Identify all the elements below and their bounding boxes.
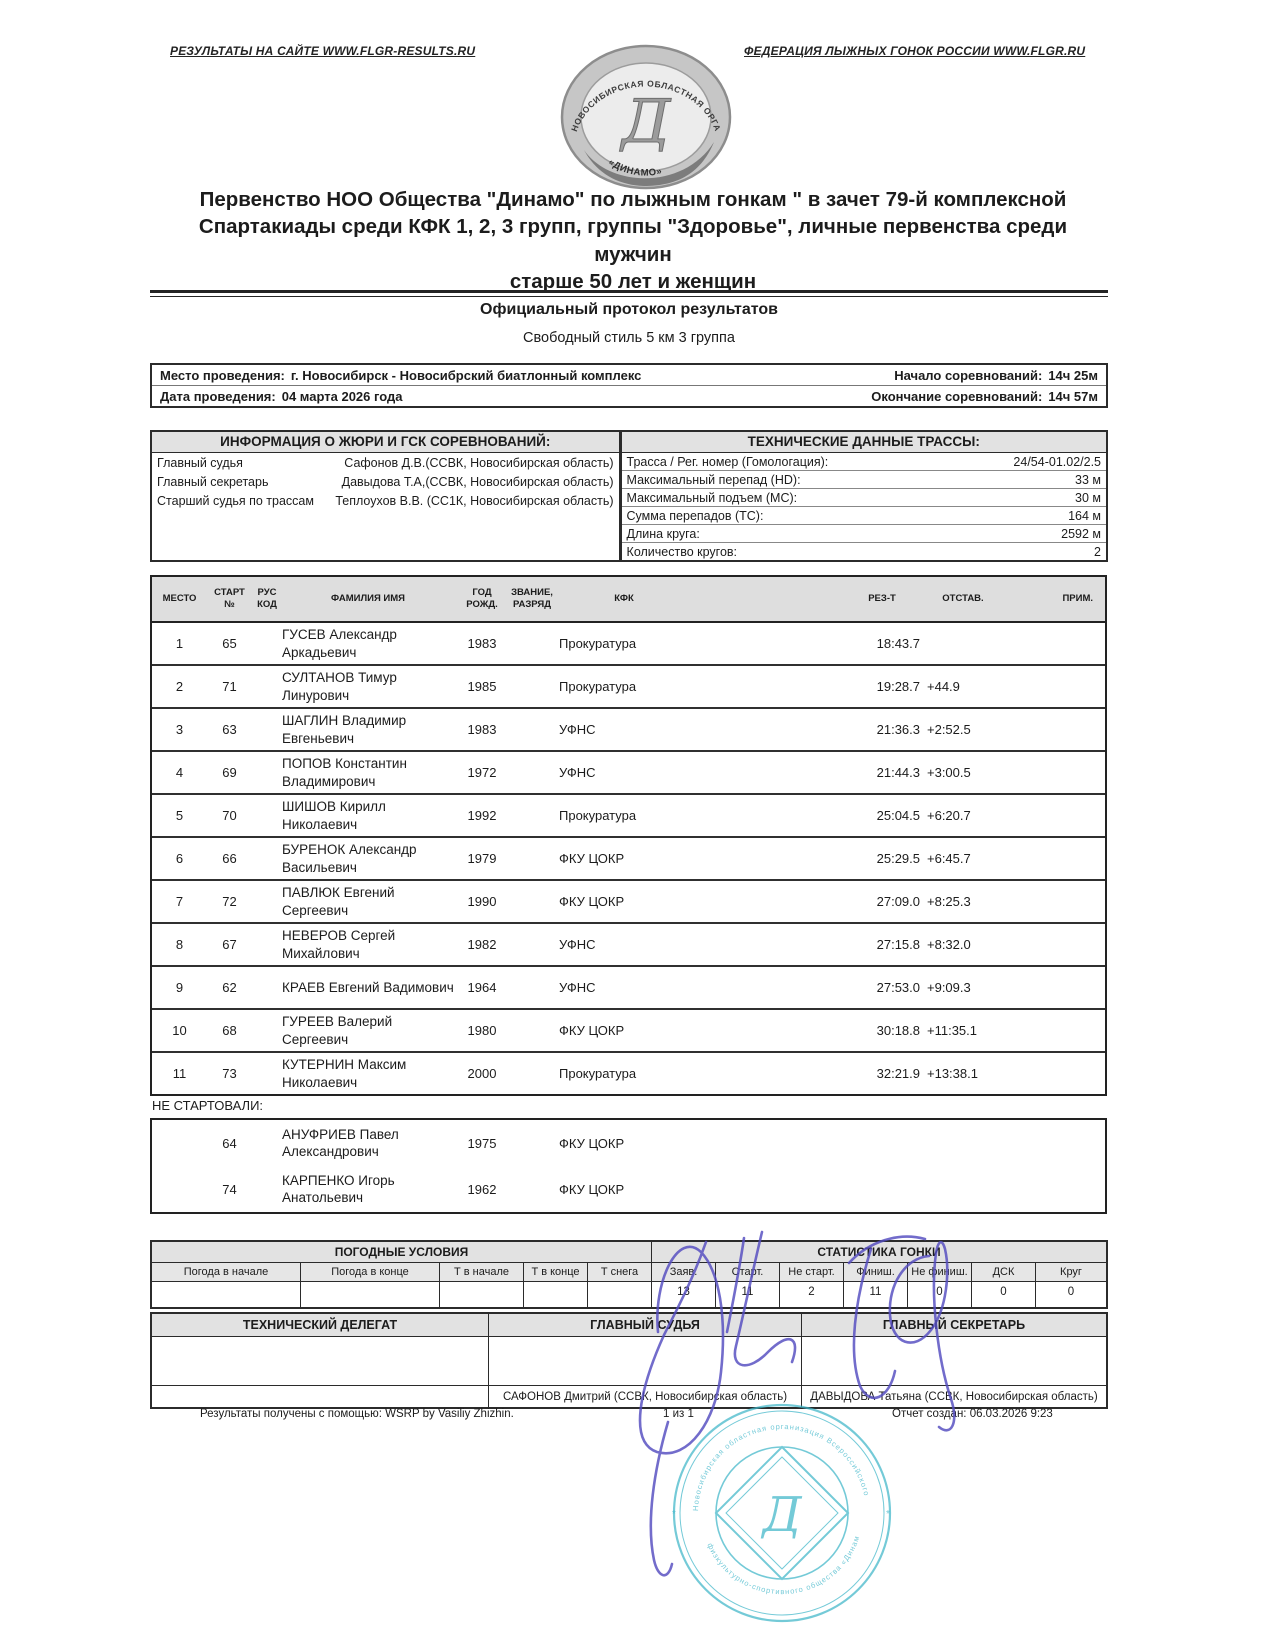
- jury-person: Теплоухов В.В. (СС1К, Новосибирская обла…: [335, 494, 613, 508]
- course-param: Длина круга:: [627, 527, 700, 541]
- gap: +3:00.5: [920, 765, 1006, 780]
- result-time: 21:44.3: [844, 765, 920, 780]
- chief-judge-name: САФОНОВ Дмитрий (ССВК, Новосибирская обл…: [489, 1385, 802, 1407]
- svg-text:*: *: [672, 1509, 676, 1520]
- signature-area: [152, 1337, 489, 1385]
- course-value: 2: [1094, 545, 1101, 559]
- stats-value: 11: [716, 1282, 780, 1307]
- result-time: 25:29.5: [844, 851, 920, 866]
- place: 8: [152, 937, 207, 952]
- result-time: 32:21.9: [844, 1066, 920, 1081]
- athlete-name: БУРЕНОК Александр Васильевич: [282, 839, 454, 878]
- bib: 62: [207, 980, 252, 995]
- venue-row: Место проведения:г. Новосибирск - Новоси…: [152, 365, 1106, 386]
- table-row: 8 67 НЕВЕРОВ Сергей Михайлович 1982 УФНС…: [152, 922, 1105, 965]
- race-subtitle: Свободный стиль 5 км 3 группа: [150, 330, 1108, 346]
- col-year: ГОД РОЖД.: [454, 587, 510, 612]
- stats-value: 11: [844, 1282, 908, 1307]
- course-param: Максимальный перепад (HD):: [627, 473, 801, 487]
- course-row: Сумма перепадов (ТС): 164 м: [622, 507, 1106, 525]
- chief-judge-header: ГЛАВНЫЙ СУДЬЯ: [489, 1314, 802, 1337]
- report-created: Отчет создан: 06.03.2026 9:23: [892, 1408, 1053, 1420]
- bib: 69: [207, 765, 252, 780]
- athlete-name: ПАВЛЮК Евгений Сергеевич: [282, 882, 454, 921]
- bib: 74: [207, 1182, 252, 1197]
- logo-letter: Д: [619, 87, 672, 157]
- bib: 63: [207, 722, 252, 737]
- birth-year: 1985: [454, 679, 510, 694]
- jury-person: Давыдова Т.А,(ССВК, Новосибирская област…: [342, 475, 614, 489]
- gap: +13:38.1: [920, 1066, 1006, 1081]
- col-bib: СТАРТ №: [207, 587, 252, 612]
- stats-value: 0: [908, 1282, 972, 1307]
- dns-section-title: НЕ СТАРТОВАЛИ:: [152, 1098, 263, 1113]
- weather-col: Т в начале: [440, 1263, 524, 1282]
- col-note: ПРИМ.: [1006, 593, 1105, 605]
- place: 9: [152, 980, 207, 995]
- course-value: 24/54-01.02/2.5: [1013, 455, 1101, 469]
- results-site-link[interactable]: РЕЗУЛЬТАТЫ НА САЙТЕ WWW.FLGR-RESULTS.RU: [170, 44, 475, 58]
- dynamo-logo: НОВОСИБИРСКАЯ ОБЛАСТНАЯ ОРГАНИЗАЦИЯ Д «Д…: [558, 42, 734, 192]
- signature-area: [802, 1337, 1106, 1385]
- table-row: 5 70 ШИШОВ Кирилл Николаевич 1992 Прокур…: [152, 793, 1105, 836]
- result-time: 27:09.0: [844, 894, 920, 909]
- course-param: Количество кругов:: [627, 545, 737, 559]
- gap: +11:35.1: [920, 1023, 1006, 1038]
- technical-delegate-header: ТЕХНИЧЕСКИЙ ДЕЛЕГАТ: [152, 1314, 489, 1337]
- club: Прокуратура: [554, 636, 844, 651]
- course-param: Максимальный подъем (МС):: [627, 491, 798, 505]
- course-row: Максимальный перепад (HD): 33 м: [622, 471, 1106, 489]
- chief-secretary-name: ДАВЫДОВА Татьяна (ССВК, Новосибирская об…: [802, 1385, 1106, 1407]
- gap: +2:52.5: [920, 722, 1006, 737]
- birth-year: 1983: [454, 722, 510, 737]
- generator-credit: Результаты получены с помощью: WSRP by V…: [200, 1408, 514, 1420]
- place: 1: [152, 636, 207, 651]
- weather-col: Т снега: [588, 1263, 652, 1282]
- weather-value: [152, 1282, 301, 1307]
- col-place: МЕСТО: [152, 593, 207, 605]
- club: ФКУ ЦОКР: [554, 1023, 844, 1038]
- weather-value: [588, 1282, 652, 1307]
- protocol-title: Официальный протокол результатов: [150, 301, 1108, 319]
- federation-site-link[interactable]: ФЕДЕРАЦИЯ ЛЫЖНЫХ ГОНОК РОССИИ WWW.FLGR.R…: [744, 44, 1085, 58]
- course-value: 33 м: [1075, 473, 1101, 487]
- bib: 68: [207, 1023, 252, 1038]
- course-value: 2592 м: [1061, 527, 1101, 541]
- weather-value: [440, 1282, 524, 1307]
- stats-col: Финиш.: [844, 1263, 908, 1282]
- weather-col: Т в конце: [524, 1263, 588, 1282]
- table-row: 10 68 ГУРЕЕВ Валерий Сергеевич 1980 ФКУ …: [152, 1008, 1105, 1051]
- weather-value: [524, 1282, 588, 1307]
- athlete-name: КАРПЕНКО Игорь Анатольевич: [282, 1170, 454, 1209]
- birth-year: 1979: [454, 851, 510, 866]
- bib: 72: [207, 894, 252, 909]
- club: УФНС: [554, 722, 844, 737]
- table-row: 4 69 ПОПОВ Константин Владимирович 1972 …: [152, 750, 1105, 793]
- jury-person: Сафонов Д.В.(ССВК, Новосибирская область…: [344, 456, 613, 470]
- stats-col: Не старт.: [780, 1263, 844, 1282]
- technical-delegate-name: [152, 1385, 489, 1407]
- place: 10: [152, 1023, 207, 1038]
- jury-role: Старший судья по трассам: [157, 494, 314, 508]
- table-row: 1 65 ГУСЕВ Александр Аркадьевич 1983 Про…: [152, 623, 1105, 664]
- gap: +8:32.0: [920, 937, 1006, 952]
- jury-row: Главный судья Сафонов Д.В.(ССВК, Новосиб…: [152, 453, 619, 472]
- birth-year: 1992: [454, 808, 510, 823]
- bib: 73: [207, 1066, 252, 1081]
- table-row: 64 АНУФРИЕВ Павел Александрович 1975 ФКУ…: [152, 1120, 1105, 1166]
- course-row: Длина круга: 2592 м: [622, 525, 1106, 543]
- place: 11: [152, 1066, 207, 1081]
- course-row: Количество кругов: 2: [622, 543, 1106, 560]
- stats-value: 13: [652, 1282, 716, 1307]
- athlete-name: ШИШОВ Кирилл Николаевич: [282, 796, 454, 835]
- date-value: 04 марта 2026 года: [282, 389, 403, 404]
- table-row: 3 63 ШАГЛИН Владимир Евгеньевич 1983 УФН…: [152, 707, 1105, 750]
- athlete-name: ПОПОВ Константин Владимирович: [282, 753, 454, 792]
- birth-year: 1975: [454, 1136, 510, 1151]
- course-box: ТЕХНИЧЕСКИЕ ДАННЫЕ ТРАССЫ: Трасса / Рег.…: [621, 430, 1108, 562]
- stats-col: Заяв.: [652, 1263, 716, 1282]
- signature-table: ТЕХНИЧЕСКИЙ ДЕЛЕГАТ ГЛАВНЫЙ СУДЬЯ ГЛАВНЫ…: [150, 1312, 1108, 1409]
- place: 3: [152, 722, 207, 737]
- stamp-ring-text-top: Новосибирская областная организация Всер…: [691, 1422, 871, 1511]
- club: ФКУ ЦОКР: [554, 851, 844, 866]
- weather-title: ПОГОДНЫЕ УСЛОВИЯ: [152, 1242, 652, 1263]
- separator-rule: [150, 290, 1108, 297]
- results-table: МЕСТО СТАРТ № РУС КОД ФАМИЛИЯ ИМЯ ГОД РО…: [150, 575, 1107, 1096]
- table-row: 9 62 КРАЕВ Евгений Вадимович 1964 УФНС 2…: [152, 965, 1105, 1008]
- bib: 64: [207, 1136, 252, 1151]
- place: 7: [152, 894, 207, 909]
- course-value: 164 м: [1068, 509, 1101, 523]
- stats-col: Круг: [1036, 1263, 1106, 1282]
- svg-text:Новосибирская областная органи: Новосибирская областная организация Всер…: [691, 1422, 871, 1511]
- club: Прокуратура: [554, 1066, 844, 1081]
- jury-row: Старший судья по трассам Теплоухов В.В. …: [152, 491, 619, 510]
- club: ФКУ ЦОКР: [554, 894, 844, 909]
- table-row: 11 73 КУТЕРНИН Максим Николаевич 2000 Пр…: [152, 1051, 1105, 1094]
- venue-label: Место проведения:: [160, 368, 285, 383]
- venue-box: Место проведения:г. Новосибирск - Новоси…: [150, 363, 1108, 408]
- course-value: 30 м: [1075, 491, 1101, 505]
- birth-year: 1982: [454, 937, 510, 952]
- svg-text:*: *: [886, 1509, 890, 1520]
- athlete-name: СУЛТАНОВ Тимур Линурович: [282, 667, 454, 706]
- club: ФКУ ЦОКР: [554, 1182, 844, 1197]
- stats-col: Старт.: [716, 1263, 780, 1282]
- venue-value: г. Новосибирск - Новосибрский биатлонный…: [291, 368, 642, 383]
- athlete-name: КРАЕВ Евгений Вадимович: [282, 977, 454, 998]
- col-club: КФК: [554, 593, 694, 605]
- result-time: 19:28.7: [844, 679, 920, 694]
- col-rank: ЗВАНИЕ, РАЗРЯД: [510, 587, 554, 612]
- club: Прокуратура: [554, 808, 844, 823]
- birth-year: 1990: [454, 894, 510, 909]
- place: 5: [152, 808, 207, 823]
- start-time-value: 14ч 25м: [1048, 368, 1098, 383]
- jury-row: Главный секретарь Давыдова Т.А,(ССВК, Но…: [152, 472, 619, 491]
- stats-value: 2: [780, 1282, 844, 1307]
- gap: +6:20.7: [920, 808, 1006, 823]
- stamp-letter: Д: [760, 1487, 802, 1543]
- bib: 71: [207, 679, 252, 694]
- birth-year: 1962: [454, 1182, 510, 1197]
- club: Прокуратура: [554, 679, 844, 694]
- birth-year: 1980: [454, 1023, 510, 1038]
- date-label: Дата проведения:: [160, 389, 276, 404]
- result-time: 30:18.8: [844, 1023, 920, 1038]
- club: УФНС: [554, 980, 844, 995]
- col-name: ФАМИЛИЯ ИМЯ: [282, 593, 454, 605]
- bib: 70: [207, 808, 252, 823]
- birth-year: 1964: [454, 980, 510, 995]
- place: 6: [152, 851, 207, 866]
- bib: 67: [207, 937, 252, 952]
- athlete-name: НЕВЕРОВ Сергей Михайлович: [282, 925, 454, 964]
- stats-col: ДСК: [972, 1263, 1036, 1282]
- jury-role: Главный секретарь: [157, 475, 268, 489]
- stats-col: Не финиш.: [908, 1263, 972, 1282]
- course-param: Трасса / Рег. номер (Гомологация):: [627, 455, 829, 469]
- jury-box: ИНФОРМАЦИЯ О ЖЮРИ И ГСК СОРЕВНОВАНИЙ: Гл…: [150, 430, 621, 562]
- protocol-page: РЕЗУЛЬТАТЫ НА САЙТЕ WWW.FLGR-RESULTS.RU …: [0, 0, 1275, 1650]
- table-row: 2 71 СУЛТАНОВ Тимур Линурович 1985 Проку…: [152, 664, 1105, 707]
- course-row: Трасса / Рег. номер (Гомологация): 24/54…: [622, 453, 1106, 471]
- stats-value: 0: [1036, 1282, 1106, 1307]
- table-row: 7 72 ПАВЛЮК Евгений Сергеевич 1990 ФКУ Ц…: [152, 879, 1105, 922]
- end-time-label: Окончание соревнований:: [871, 389, 1042, 404]
- result-time: 27:53.0: [844, 980, 920, 995]
- table-row: 74 КАРПЕНКО Игорь Анатольевич 1962 ФКУ Ц…: [152, 1166, 1105, 1212]
- bib: 65: [207, 636, 252, 651]
- result-time: 25:04.5: [844, 808, 920, 823]
- stats-value: 0: [972, 1282, 1036, 1307]
- signature-area: [489, 1337, 802, 1385]
- results-header-row: МЕСТО СТАРТ № РУС КОД ФАМИЛИЯ ИМЯ ГОД РО…: [152, 577, 1105, 623]
- club: УФНС: [554, 765, 844, 780]
- course-param: Сумма перепадов (ТС):: [627, 509, 764, 523]
- athlete-name: ГУСЕВ Александр Аркадьевич: [282, 624, 454, 663]
- result-time: 21:36.3: [844, 722, 920, 737]
- jury-role: Главный судья: [157, 456, 243, 470]
- stats-title: СТАТИСТИКА ГОНКИ: [652, 1242, 1106, 1263]
- page-indicator: 1 из 1: [663, 1408, 694, 1420]
- athlete-name: ШАГЛИН Владимир Евгеньевич: [282, 710, 454, 749]
- course-row: Максимальный подъем (МС): 30 м: [622, 489, 1106, 507]
- result-time: 27:15.8: [844, 937, 920, 952]
- weather-col: Погода в конце: [301, 1263, 440, 1282]
- dns-table: 64 АНУФРИЕВ Павел Александрович 1975 ФКУ…: [150, 1118, 1107, 1214]
- gap: +9:09.3: [920, 980, 1006, 995]
- club: ФКУ ЦОКР: [554, 1136, 844, 1151]
- chief-secretary-header: ГЛАВНЫЙ СЕКРЕТАРЬ: [802, 1314, 1106, 1337]
- birth-year: 1972: [454, 765, 510, 780]
- end-time-value: 14ч 57м: [1048, 389, 1098, 404]
- weather-col: Погода в начале: [152, 1263, 301, 1282]
- gap: +44.9: [920, 679, 1006, 694]
- birth-year: 2000: [454, 1066, 510, 1081]
- result-time: 18:43.7: [844, 636, 920, 651]
- col-ruscode: РУС КОД: [252, 587, 282, 612]
- start-time-label: Начало соревнований:: [894, 368, 1042, 383]
- col-result: РЕЗ-Т: [844, 593, 920, 605]
- event-title: Первенство НОО Общества "Динамо" по лыжн…: [158, 186, 1108, 296]
- athlete-name: ГУРЕЕВ Валерий Сергеевич: [282, 1011, 454, 1050]
- place: 4: [152, 765, 207, 780]
- date-row: Дата проведения:04 марта 2026 года Оконч…: [152, 386, 1106, 406]
- bib: 66: [207, 851, 252, 866]
- weather-stats-table: ПОГОДНЫЕ УСЛОВИЯ СТАТИСТИКА ГОНКИ Погода…: [150, 1240, 1108, 1309]
- athlete-name: АНУФРИЕВ Павел Александрович: [282, 1124, 454, 1163]
- col-gap: ОТСТАВ.: [920, 593, 1006, 605]
- weather-value: [301, 1282, 440, 1307]
- club: УФНС: [554, 937, 844, 952]
- page-footer: Результаты получены с помощью: WSRP by V…: [150, 1408, 1108, 1428]
- athlete-name: КУТЕРНИН Максим Николаевич: [282, 1054, 454, 1093]
- gap: +6:45.7: [920, 851, 1006, 866]
- place: 2: [152, 679, 207, 694]
- table-row: 6 66 БУРЕНОК Александр Васильевич 1979 Ф…: [152, 836, 1105, 879]
- birth-year: 1983: [454, 636, 510, 651]
- jury-box-title: ИНФОРМАЦИЯ О ЖЮРИ И ГСК СОРЕВНОВАНИЙ:: [152, 432, 619, 453]
- gap: +8:25.3: [920, 894, 1006, 909]
- course-box-title: ТЕХНИЧЕСКИЕ ДАННЫЕ ТРАССЫ:: [622, 432, 1106, 453]
